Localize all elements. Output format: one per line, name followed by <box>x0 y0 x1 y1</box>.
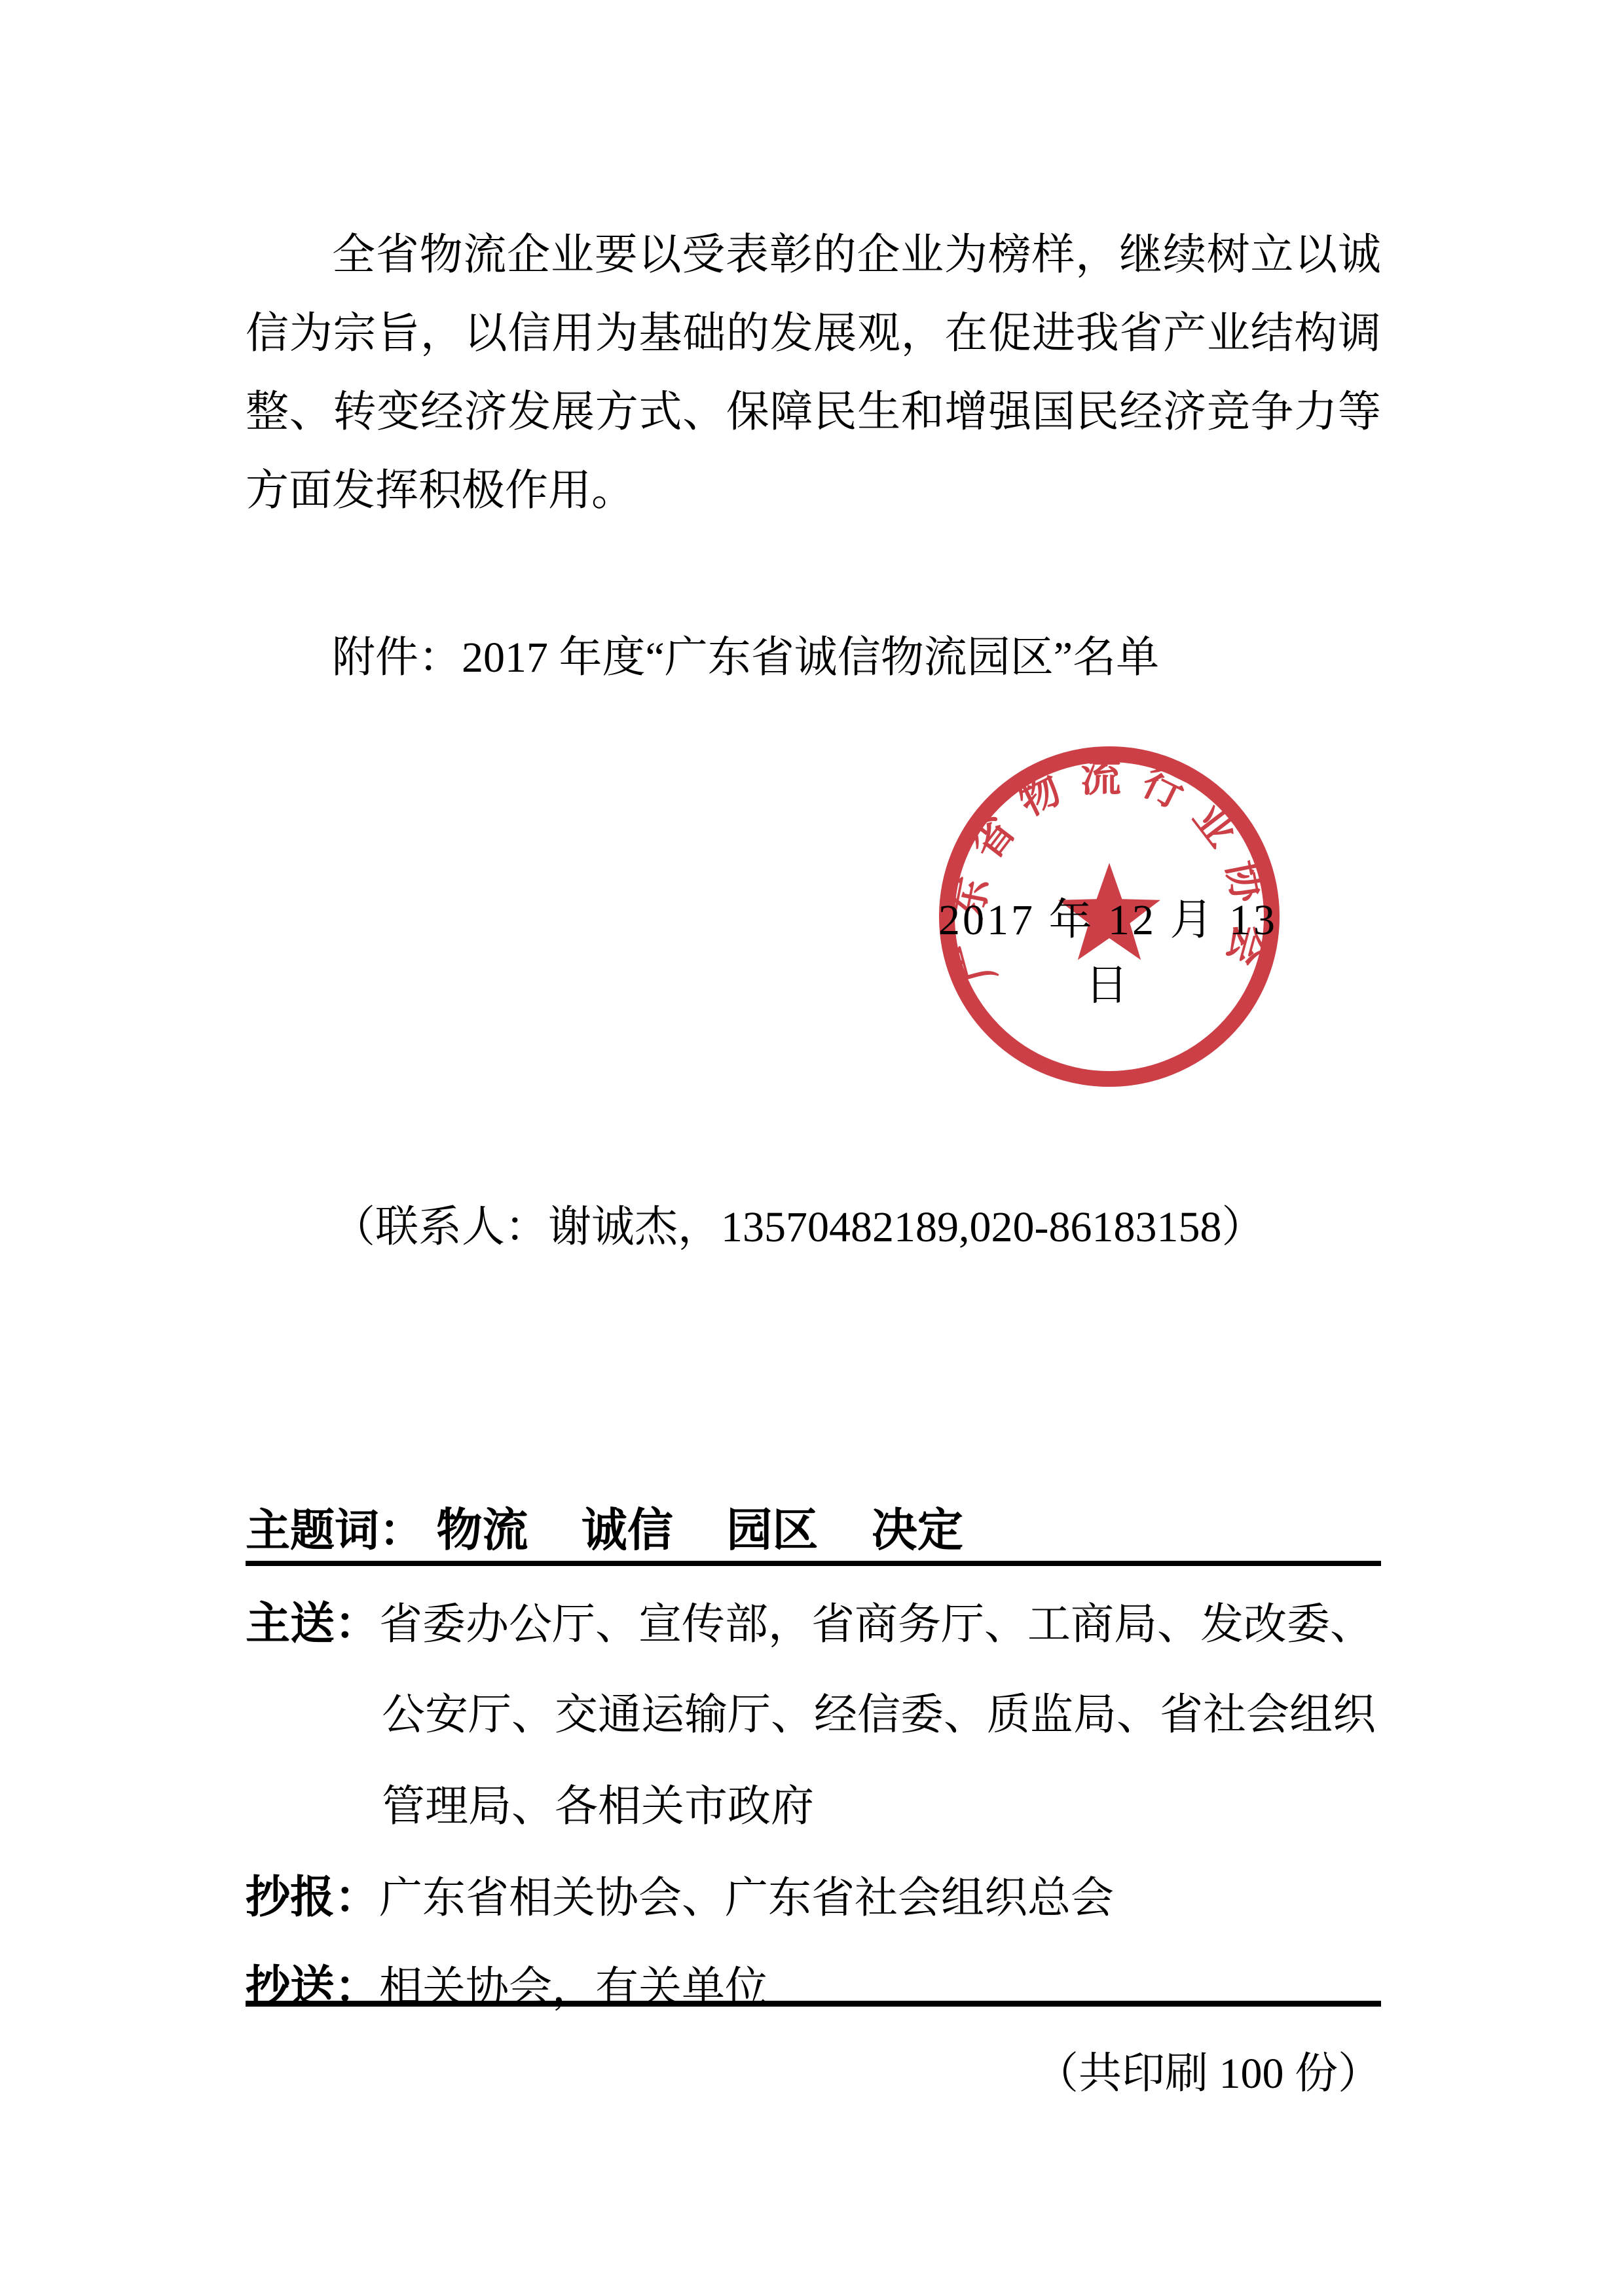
print-count-line: （共印刷 100 份） <box>246 2035 1381 2113</box>
subject-keywords-line: 主题词： 物流 诚信 园区 决定 <box>246 1494 1381 1567</box>
copy-report-row: 抄报：广东省相关协会、广东省社会组织总会 <box>246 1858 1114 1938</box>
main-send-label: 主送： <box>246 1599 379 1649</box>
main-send-line-1: 省委办公厅、宣传部，省商务厅、工商局、发改委、 <box>379 1601 1373 1649</box>
copy-send-row: 抄送：相关协会，有关单位 <box>246 1948 768 2028</box>
subject-term: 物流 <box>436 1504 528 1556</box>
main-send-row: 主送：省委办公厅、宣传部，省商务厅、工商局、发改委、 <box>246 1584 1373 1664</box>
divider-rule-bottom <box>246 2001 1381 2007</box>
subject-term: 园区 <box>726 1504 818 1556</box>
main-send-continuation: 管理局、各相关市政府 <box>382 1768 814 1846</box>
subject-label: 主题词： <box>246 1506 424 1556</box>
body-paragraph: 全省物流企业要以受表彰的企业为榜样，继续树立以诚信为宗旨，以信用为基础的发展观，… <box>246 216 1381 530</box>
main-send-line-2: 公安厅、交通运输厅、经信委、质监局、省社会组织 <box>382 1691 1376 1739</box>
copy-report-label: 抄报： <box>246 1872 379 1922</box>
main-send-line-3: 管理局、各相关市政府 <box>382 1783 814 1831</box>
date-line: 2017 年 12 月 13 日 <box>918 888 1298 1019</box>
main-send-continuation: 公安厅、交通运输厅、经信委、质监局、省社会组织 <box>382 1676 1376 1755</box>
attachment-line: 附件：2017 年度“广东省诚信物流园区”名单 <box>246 619 1381 697</box>
copy-report-text: 广东省相关协会、广东省社会组织总会 <box>379 1874 1114 1922</box>
divider-rule-top <box>246 1561 1381 1566</box>
subject-term: 诚信 <box>581 1504 673 1556</box>
document-page: 全省物流企业要以受表彰的企业为榜样，继续树立以诚信为宗旨，以信用为基础的发展观，… <box>0 0 1624 2296</box>
subject-term: 决定 <box>872 1504 963 1556</box>
contact-line: （联系人：谢诚杰，13570482189,020-86183158） <box>246 1188 1381 1267</box>
